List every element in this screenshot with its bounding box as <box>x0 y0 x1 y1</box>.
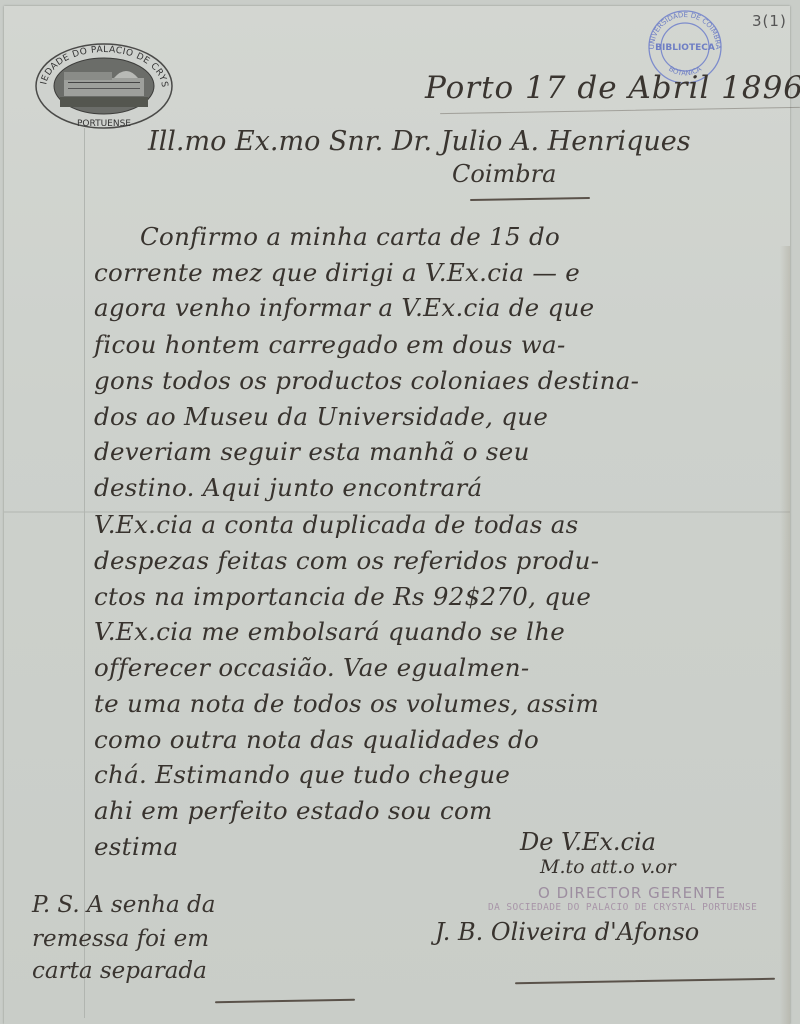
postscript-line: remessa foi em <box>32 926 209 952</box>
body-line: V.Ex.cia a conta duplicada de todas as <box>94 510 579 539</box>
paper-edge <box>780 246 790 1024</box>
svg-text:PORTUENSE: PORTUENSE <box>77 119 131 129</box>
body-line: agora venho informar a V.Ex.cia de que <box>94 293 594 322</box>
page-number: 3(1) <box>752 12 787 30</box>
body-line: chá. Estimando que tudo chegue <box>94 760 510 789</box>
body-line: offerecer occasião. Vae egualmen- <box>94 653 529 682</box>
body-line: destino. Aqui junto encontrará <box>94 473 482 502</box>
body-line: despezas feitas com os referidos produ- <box>94 546 599 575</box>
body-line: ficou hontem carregado em dous wa- <box>94 330 566 359</box>
palace-emblem-icon: SOCIEDADE DO PALACIO DE CRYSTAL PORTUENS… <box>34 42 174 130</box>
date-line: Porto 17 de Abril 1896 <box>425 70 800 106</box>
body-line: como outra nota das qualidades do <box>94 725 539 754</box>
postscript-line: carta separada <box>32 958 207 984</box>
margin-rule <box>84 128 85 1018</box>
recipient-city: Coimbra <box>452 160 556 188</box>
signature: J. B. Oliveira d'Afonso <box>435 918 699 946</box>
body-line: corrente mez que dirigi a V.Ex.cia — e <box>94 258 580 287</box>
svg-text:BIBLIOTECA: BIBLIOTECA <box>655 43 715 53</box>
body-line: deveriam seguir esta manhã o seu <box>94 437 530 466</box>
director-stamp-subtitle: DA SOCIEDADE DO PALACIO DE CRYSTAL PORTU… <box>488 902 757 913</box>
body-line: ctos na importancia de Rs 92$270, que <box>94 582 591 611</box>
body-line: gons todos os productos coloniaes destin… <box>94 366 639 395</box>
body-line: V.Ex.cia me embolsará quando se lhe <box>94 617 565 646</box>
postscript-line: P. S. A senha da <box>32 892 215 918</box>
body-line: ahi em perfeito estado sou com <box>94 796 493 825</box>
salutation: Ill.mo Ex.mo Snr. Dr. Julio A. Henriques <box>148 126 691 157</box>
closing-line: De V.Ex.cia <box>520 828 656 856</box>
closing-courtesy: M.to att.o v.or <box>540 856 676 878</box>
body-line: dos ao Museu da Universidade, que <box>94 402 548 431</box>
body-line: te uma nota de todos os volumes, assim <box>94 689 599 718</box>
director-stamp-title: O DIRECTOR GERENTE <box>538 884 726 902</box>
body-line: Confirmo a minha carta de 15 do <box>140 222 560 251</box>
crystal-palace-logo: SOCIEDADE DO PALACIO DE CRYSTAL PORTUENS… <box>34 42 174 130</box>
body-line: estima <box>94 832 178 861</box>
